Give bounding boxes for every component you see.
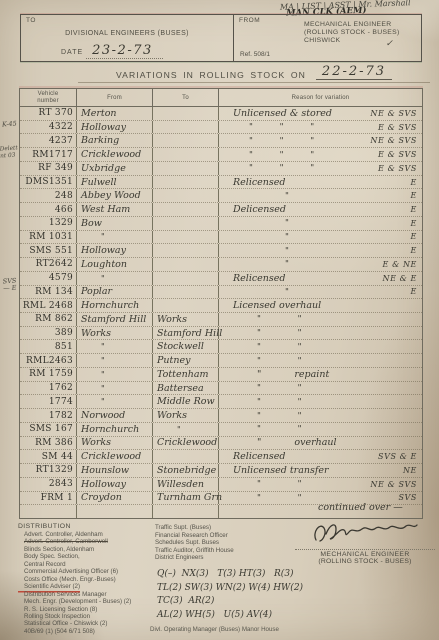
distribution-left-list: Advert. Controller, AldenhamAdvert. Cont… xyxy=(18,531,153,635)
reason-text: " xyxy=(285,259,289,269)
distribution-item: Costs Office (Mech. Engr.-Buses) xyxy=(18,576,153,583)
garage-code-line: AL(2) WH(5) U(5) AV(4) xyxy=(157,609,303,623)
reason-text: " " xyxy=(257,342,302,352)
reason-text: Relicensed xyxy=(233,177,286,188)
table-row: 466West HamDelicensedE xyxy=(20,203,422,217)
vehicle-number-cell: 851 xyxy=(20,340,77,353)
reason-cell: DelicensedE xyxy=(219,203,422,216)
vehicle-number-cell: SM 44 xyxy=(20,450,77,463)
from-line-1: MECHANICAL ENGINEER xyxy=(304,21,400,29)
from-cell: " xyxy=(77,395,153,408)
from-cell: " xyxy=(77,340,153,353)
garage-code-line: TC(3) AR(2) xyxy=(157,595,303,609)
table-row: RM 1759"Tottenham" repaint xyxy=(20,368,422,382)
to-cell xyxy=(153,450,219,463)
table-row: RML2463"Putney" " xyxy=(20,354,422,368)
reason-cell: " " "NE & SVS xyxy=(219,134,422,147)
reason-cell: " " xyxy=(219,423,422,436)
vehicle-number-cell: DMS1351 xyxy=(20,176,77,189)
table-rows: RT 370MertonUnlicensed & storedNE & SVS4… xyxy=(20,107,422,518)
from-cell: Croydon xyxy=(77,492,153,505)
from-cell: Holloway xyxy=(77,121,153,134)
reason-cell: " " "E & SVS xyxy=(219,121,422,134)
to-cell xyxy=(153,134,219,147)
reason-cell: " repaint xyxy=(219,368,422,381)
vehicle-number-cell: RM 134 xyxy=(20,286,77,299)
from-cell: Holloway xyxy=(77,244,153,257)
distribution-title: DISTRIBUTION xyxy=(18,523,153,530)
garage-codes-block: Q(–) NX(3) T(3) HT(3) R(3)TL(2) SW(3) WN… xyxy=(157,568,303,622)
table-row: 248Abbey Wood"E xyxy=(20,189,422,203)
reason-text: " " xyxy=(257,493,302,503)
from-cell: " xyxy=(77,382,153,395)
table-row: RM 134Poplar"E xyxy=(20,286,422,300)
title-date-handwritten: 22-2-73 xyxy=(316,64,392,80)
from-cell: Loughton xyxy=(77,258,153,271)
vehicle-number-cell: SMS 551 xyxy=(20,244,77,257)
reason-cell: "E xyxy=(219,231,422,244)
table-row: RML 2468HornchurchLicensed overhaul xyxy=(20,299,422,313)
status-code: NE & SVS xyxy=(370,109,422,118)
page-title: VARIATIONS IN ROLLING STOCK ON 22-2-73 xyxy=(78,64,430,83)
reason-cell: " " xyxy=(219,340,422,353)
distribution-item: Rolling Stock Inspection xyxy=(18,613,153,620)
to-label: TO xyxy=(26,17,36,24)
from-cell: Barking xyxy=(77,134,153,147)
reason-cell: " " "E & SVS xyxy=(219,148,422,161)
reason-cell: " " xyxy=(219,409,422,422)
from-cell: Hornchurch xyxy=(77,299,153,312)
reason-cell: RelicensedSVS & E xyxy=(219,450,422,463)
table-row: RM 386WorksCricklewood" overhaul xyxy=(20,437,422,451)
table-row: RT 370MertonUnlicensed & storedNE & SVS xyxy=(20,107,422,121)
table-row: RF 349Uxbridge" " "E & SVS xyxy=(20,162,422,176)
to-cell xyxy=(153,189,219,202)
distribution-item: Financial Research Officer xyxy=(155,532,285,540)
reason-text: " xyxy=(285,191,289,201)
reason-cell: "E xyxy=(219,244,422,257)
reason-cell: Unlicensed & storedNE & SVS xyxy=(219,107,422,120)
reason-text: " xyxy=(285,287,289,297)
to-cell xyxy=(153,203,219,216)
distribution-item: Distribution Services Manager xyxy=(18,591,153,598)
status-code: NE & SVS xyxy=(370,136,422,145)
reason-text: " " xyxy=(257,328,302,338)
table-row: 1782NorwoodWorks" " xyxy=(20,409,422,423)
to-cell xyxy=(153,121,219,134)
reason-text: " " xyxy=(257,479,302,489)
to-cell: Willesden xyxy=(153,478,219,491)
vehicle-number-cell: 466 xyxy=(20,203,77,216)
table-header-row: Vehicle number From To Reason for variat… xyxy=(20,89,422,107)
signoff-title-1: MECHANICAL ENGINEER xyxy=(295,551,435,558)
col-header-to: To xyxy=(153,89,219,106)
status-code: SVS & E xyxy=(378,452,422,461)
distribution-item: Schedules Supt. Buses xyxy=(155,539,285,547)
reference-number: Ref. 508/1 xyxy=(240,51,270,58)
reason-text: Delicensed xyxy=(233,204,286,215)
date-row: DATE 23-2-73 xyxy=(61,43,163,58)
reason-text: " xyxy=(285,232,289,242)
to-cell xyxy=(153,217,219,230)
to-cell: Middle Row xyxy=(153,395,219,408)
reason-cell: "E & NE xyxy=(219,258,422,271)
vehicle-number-cell: 4237 xyxy=(20,134,77,147)
from-cell: Stamford Hill xyxy=(77,313,153,326)
distribution-item: District Engineers xyxy=(155,554,285,562)
to-cell xyxy=(153,272,219,285)
vehicle-number-cell: RM 1031 xyxy=(20,231,77,244)
table-row: RT1329HounslowStonebridgeUnlicensed tran… xyxy=(20,464,422,478)
header-to-cell: TO DIVISIONAL ENGINEERS (BUSES) DATE 23-… xyxy=(21,15,234,61)
from-cell: " xyxy=(77,368,153,381)
table-row: 2843HollowayWillesden" "NE & SVS xyxy=(20,478,422,492)
reason-cell: " " xyxy=(219,395,422,408)
from-cell: Merton xyxy=(77,107,153,120)
table-row: RM 1031""E xyxy=(20,231,422,245)
reason-text: " " xyxy=(257,424,302,434)
to-cell: Works xyxy=(153,409,219,422)
table-row: RT2642Loughton"E & NE xyxy=(20,258,422,272)
from-cell: " xyxy=(77,272,153,285)
to-cell: Stamford Hill xyxy=(153,327,219,340)
status-code: E xyxy=(411,219,422,228)
status-code: E & SVS xyxy=(378,150,422,159)
from-cell: Holloway xyxy=(77,478,153,491)
distribution-item: Traffic Supt. (Buses) xyxy=(155,524,285,532)
reason-text: " " xyxy=(257,411,302,421)
to-cell: Tottenham xyxy=(153,368,219,381)
status-code: NE xyxy=(403,466,422,475)
from-cell: Uxbridge xyxy=(77,162,153,175)
distribution-section: DISTRIBUTION Advert. Controller, Aldenha… xyxy=(18,523,153,635)
from-cell: Cricklewood xyxy=(77,450,153,463)
table-row: SM 44CricklewoodRelicensedSVS & E xyxy=(20,450,422,464)
header-from-cell: FROM MECHANICAL ENGINEER (ROLLING STOCK … xyxy=(234,15,421,61)
vehicle-number-cell: 4322 xyxy=(20,121,77,134)
status-code: E xyxy=(411,246,422,255)
vehicle-number-cell: FRM 1 xyxy=(20,492,77,505)
vehicle-number-cell: RT2642 xyxy=(20,258,77,271)
vehicle-number-cell: 1782 xyxy=(20,409,77,422)
signature-block: MECHANICAL ENGINEER (ROLLING STOCK - BUS… xyxy=(295,520,435,565)
table-row: SMS 167Hornchurch"" " xyxy=(20,423,422,437)
to-cell: Battersea xyxy=(153,382,219,395)
reason-cell: " " xyxy=(219,354,422,367)
table-row: 1762"Battersea" " xyxy=(20,382,422,396)
reason-text: " " xyxy=(257,356,302,366)
reason-cell: " " "E & SVS xyxy=(219,162,422,175)
distribution-item: R. S. Licensing Section (8) xyxy=(18,606,153,613)
vehicle-number-cell: 1774 xyxy=(20,395,77,408)
distribution-item: Traffic Auditor, Griffith House xyxy=(155,547,285,555)
to-cell: Putney xyxy=(153,354,219,367)
reason-cell: Licensed overhaul xyxy=(219,299,422,312)
to-cell xyxy=(153,505,219,518)
from-cell: West Ham xyxy=(77,203,153,216)
reason-text: " " " xyxy=(249,136,314,146)
distribution-item: Mech. Engr. (Development - Buses) (2) xyxy=(18,598,153,605)
to-cell: Works xyxy=(153,313,219,326)
checkmark-annotation: ✓ xyxy=(385,39,393,49)
status-code: E xyxy=(411,191,422,200)
to-cell xyxy=(153,162,219,175)
scanned-document-page: MA | LIST | ASST | Mr. Marshall MAN CLK … xyxy=(0,0,439,640)
garage-code-line: TL(2) SW(3) WN(2) W(4) HW(2) xyxy=(157,582,303,596)
table-row: 389WorksStamford Hill" " xyxy=(20,327,422,341)
distribution-item: Blinds Section, Aldenham xyxy=(18,546,153,553)
from-cell: Works xyxy=(77,437,153,450)
reason-text: Relicensed xyxy=(233,451,286,462)
reason-cell: RelicensedNE & E xyxy=(219,272,422,285)
title-text: VARIATIONS IN ROLLING STOCK ON xyxy=(116,70,306,80)
distribution-item: Scientific Adviser (2) xyxy=(18,583,80,590)
margin-note-1: K-45 xyxy=(2,120,17,128)
vehicle-number-cell: RM 862 xyxy=(20,313,77,326)
distribution-item: 40B/69 (1) (504 6/71 508) xyxy=(18,628,153,635)
signature xyxy=(295,520,435,550)
vehicle-number-cell: 2843 xyxy=(20,478,77,491)
from-cell: Poplar xyxy=(77,286,153,299)
vehicle-number-cell: 1762 xyxy=(20,382,77,395)
date-handwritten: 23-2-73 xyxy=(86,43,163,59)
reason-cell: RelicensedE xyxy=(219,176,422,189)
reason-text: Licensed overhaul xyxy=(233,300,321,311)
to-cell xyxy=(153,286,219,299)
table-row: SMS 551Holloway"E xyxy=(20,244,422,258)
status-code: NE & SVS xyxy=(370,480,422,489)
margin-note-2: Delett nt 03 xyxy=(0,145,18,160)
status-code: E xyxy=(411,232,422,241)
distribution-item: Statistical Office - Chiswick (2) xyxy=(18,620,153,627)
distribution-right-list: Traffic Supt. (Buses)Financial Research … xyxy=(155,524,285,562)
from-cell: Fulwell xyxy=(77,176,153,189)
date-label: DATE xyxy=(61,49,83,56)
table-row: 851"Stockwell" " xyxy=(20,340,422,354)
to-cell: " xyxy=(153,423,219,436)
margin-note-3: SVS — E xyxy=(3,278,18,293)
reason-text: Unlicensed & stored xyxy=(233,108,332,119)
reason-text: " " xyxy=(257,383,302,393)
table-row: 4322Holloway" " "E & SVS xyxy=(20,121,422,135)
from-line-2: (ROLLING STOCK - BUSES) xyxy=(304,29,400,37)
vehicle-number-cell xyxy=(20,505,77,518)
from-cell: Works xyxy=(77,327,153,340)
vehicle-number-cell: RF 349 xyxy=(20,162,77,175)
to-cell: Turnham Grn xyxy=(153,492,219,505)
reason-text: " " " xyxy=(249,163,314,173)
table-row: 1774"Middle Row" " xyxy=(20,395,422,409)
to-cell xyxy=(153,244,219,257)
status-code: E xyxy=(411,178,422,187)
reason-text: " overhaul xyxy=(257,437,337,448)
table-row: DMS1351FulwellRelicensedE xyxy=(20,176,422,190)
status-code: E & NE xyxy=(383,260,423,269)
vehicle-number-cell: RML 2468 xyxy=(20,299,77,312)
variations-table: Vehicle number From To Reason for variat… xyxy=(19,88,423,519)
reason-text: " " " xyxy=(249,122,314,132)
to-value: DIVISIONAL ENGINEERS (BUSES) xyxy=(21,30,233,37)
reason-cell: "E xyxy=(219,217,422,230)
reason-cell: Unlicensed transferNE xyxy=(219,464,422,477)
vehicle-number-cell: SMS 167 xyxy=(20,423,77,436)
reason-cell: "E xyxy=(219,189,422,202)
table-row: 4237Barking" " "NE & SVS xyxy=(20,134,422,148)
reason-text: " " " xyxy=(249,150,314,160)
status-code: E xyxy=(411,287,422,296)
reason-cell: "E xyxy=(219,286,422,299)
status-code: E & SVS xyxy=(378,164,422,173)
distribution-item: Central Record xyxy=(18,561,153,568)
reason-text: " xyxy=(285,218,289,228)
reason-cell: " "NE & SVS xyxy=(219,478,422,491)
col-header-from: From xyxy=(77,89,153,106)
from-cell: Norwood xyxy=(77,409,153,422)
from-cell: " xyxy=(77,354,153,367)
distribution-item: Commercial Advertising Officer (6) xyxy=(18,568,153,575)
from-cell: Hounslow xyxy=(77,464,153,477)
status-code: E & SVS xyxy=(378,123,422,132)
reason-cell: " overhaul xyxy=(219,437,422,450)
to-cell: Stonebridge xyxy=(153,464,219,477)
vehicle-number-cell: 4579 xyxy=(20,272,77,285)
from-cell: " xyxy=(77,231,153,244)
garage-code-line: Q(–) NX(3) T(3) HT(3) R(3) xyxy=(157,568,303,582)
from-cell: Hornchurch xyxy=(77,423,153,436)
col-header-reason: Reason for variation xyxy=(219,89,422,106)
reason-text: " repaint xyxy=(257,369,329,380)
signoff-title-2: (ROLLING STOCK - BUSES) xyxy=(295,558,435,565)
distribution-item: Advert. Controller, Aldenham xyxy=(18,531,153,538)
from-cell: Bow xyxy=(77,217,153,230)
vehicle-number-cell: 1329 xyxy=(20,217,77,230)
from-cell: Cricklewood xyxy=(77,148,153,161)
vehicle-number-cell: RT1329 xyxy=(20,464,77,477)
to-cell xyxy=(153,148,219,161)
col-header-vehicle: Vehicle number xyxy=(20,89,77,106)
to-cell xyxy=(153,231,219,244)
reason-cell: " " xyxy=(219,313,422,326)
vehicle-number-cell: RT 370 xyxy=(20,107,77,120)
from-cell: Abbey Wood xyxy=(77,189,153,202)
bottom-distribution-line: Divl. Operating Manager (Buses) Manor Ho… xyxy=(150,626,279,633)
to-cell xyxy=(153,299,219,312)
reason-cell: " " xyxy=(219,382,422,395)
reason-text: " " xyxy=(257,397,302,407)
status-code: E xyxy=(411,205,422,214)
to-cell xyxy=(153,107,219,120)
vehicle-number-cell: RM1717 xyxy=(20,148,77,161)
to-cell: Cricklewood xyxy=(153,437,219,450)
continued-over-note: continued over — xyxy=(318,502,403,513)
table-row: 1329Bow"E xyxy=(20,217,422,231)
vehicle-number-cell: RM 1759 xyxy=(20,368,77,381)
table-row: 4579"RelicensedNE & E xyxy=(20,272,422,286)
reason-text: " xyxy=(285,246,289,256)
reason-text: Relicensed xyxy=(233,273,286,284)
table-row: RM1717Cricklewood" " "E & SVS xyxy=(20,148,422,162)
distribution-item: Body Spec. Section, xyxy=(18,553,153,560)
distribution-item: Advert. Controller, Camberwell xyxy=(18,538,153,545)
from-label: FROM xyxy=(239,17,260,24)
vehicle-number-cell: 248 xyxy=(20,189,77,202)
vehicle-number-cell: RML2463 xyxy=(20,354,77,367)
to-cell xyxy=(153,258,219,271)
signature-squiggle xyxy=(310,520,420,544)
vehicle-number-cell: 389 xyxy=(20,327,77,340)
reason-text: Unlicensed transfer xyxy=(233,465,329,476)
header-box: TO DIVISIONAL ENGINEERS (BUSES) DATE 23-… xyxy=(20,14,422,62)
from-cell xyxy=(77,505,153,518)
reason-cell: " " xyxy=(219,327,422,340)
table-row: RM 862Stamford HillWorks" " xyxy=(20,313,422,327)
vehicle-number-cell: RM 386 xyxy=(20,437,77,450)
to-cell xyxy=(153,176,219,189)
status-code: NE & E xyxy=(383,274,423,283)
to-cell: Stockwell xyxy=(153,340,219,353)
reason-text: " " xyxy=(257,314,302,324)
